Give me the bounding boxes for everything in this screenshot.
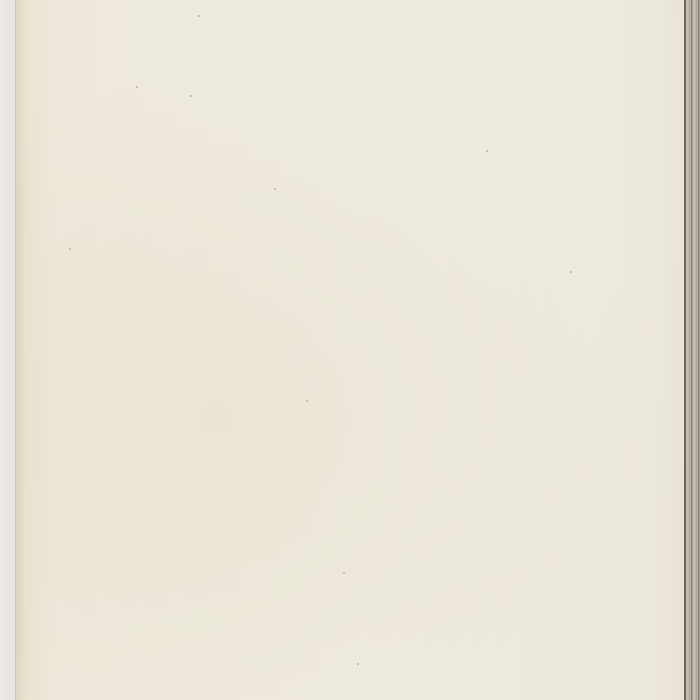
paper-speck <box>190 95 192 97</box>
paper-speck <box>570 271 572 273</box>
scan-left-margin <box>0 0 15 700</box>
page-stack-edge <box>684 0 700 700</box>
paper-speck <box>306 400 308 402</box>
paper-speck <box>136 86 138 88</box>
paper-speck <box>69 248 71 250</box>
paper-speck <box>357 663 359 665</box>
paper-speck <box>274 188 276 190</box>
paper-speck <box>486 150 488 152</box>
paper-speck <box>198 15 200 17</box>
page-edge-line <box>684 0 686 700</box>
blank-page <box>15 0 685 700</box>
paper-speck <box>343 572 345 574</box>
